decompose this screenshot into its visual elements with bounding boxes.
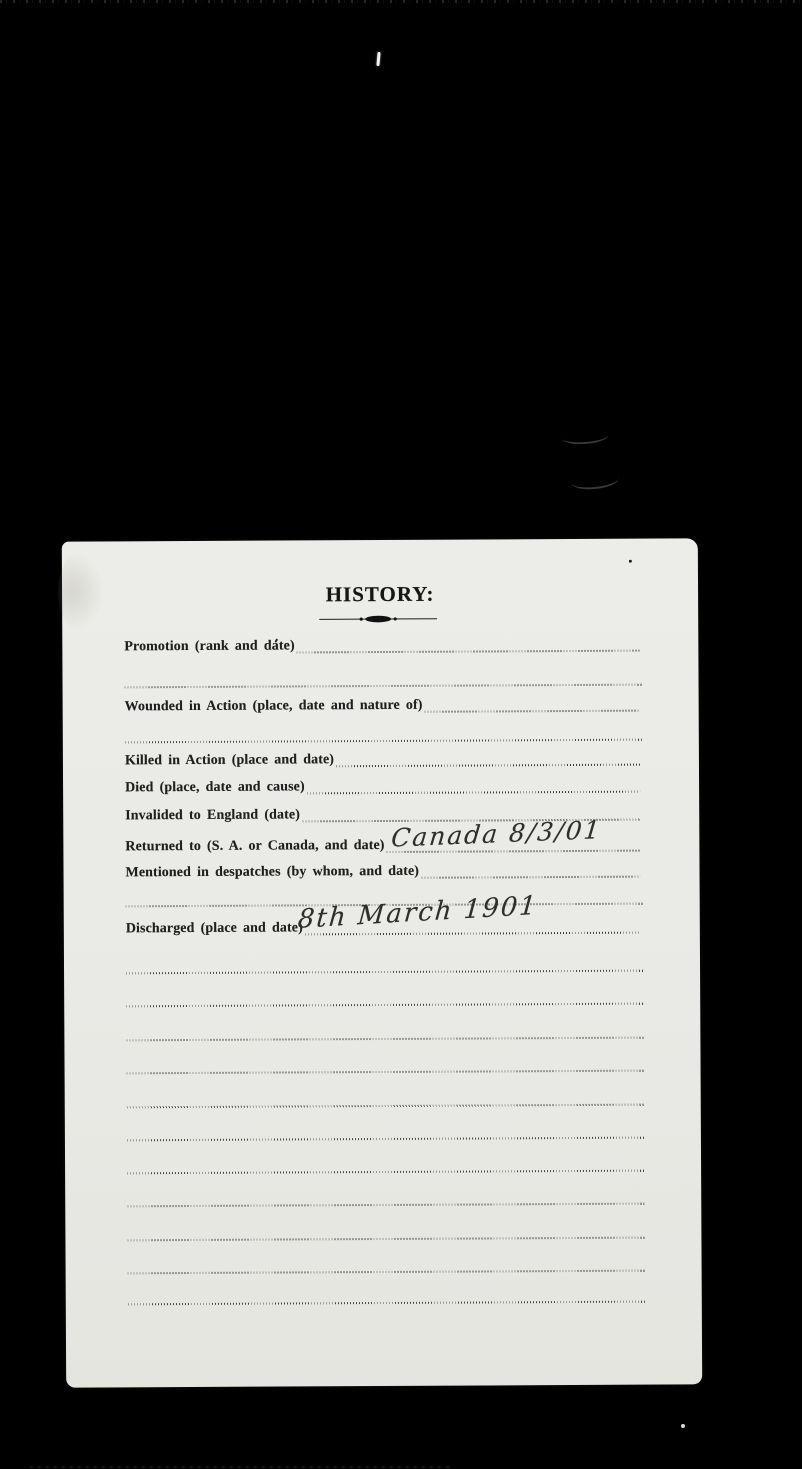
field-row-killed: Killed in Action (place and date) bbox=[125, 749, 640, 772]
field-label: Invalided to England (date) bbox=[125, 805, 300, 826]
ruled-line bbox=[127, 1203, 644, 1208]
ruled-line bbox=[127, 1237, 644, 1242]
field-label: Promotion (rank and date) bbox=[124, 636, 294, 657]
field-label: Discharged (place and date) bbox=[126, 918, 303, 939]
ruled-line bbox=[128, 1301, 645, 1306]
ruled-line bbox=[128, 1270, 645, 1275]
ruled-line bbox=[125, 684, 642, 689]
dotted-leader bbox=[425, 710, 640, 713]
scan-white-streak-artifact bbox=[376, 52, 380, 66]
field-row-promotion: Promotion (rank and date) bbox=[124, 635, 639, 658]
dotted-leader bbox=[421, 876, 641, 879]
field-label: Wounded in Action (place, date and natur… bbox=[125, 696, 423, 718]
ruled-line bbox=[127, 1170, 644, 1175]
ruled-line bbox=[126, 1003, 643, 1008]
dotted-leader bbox=[305, 932, 641, 936]
field-label: Mentioned in despatches (by whom, and da… bbox=[125, 862, 419, 884]
ruled-line bbox=[127, 1070, 644, 1075]
decorative-divider bbox=[319, 612, 437, 625]
field-label: Killed in Action (place and date) bbox=[125, 750, 334, 771]
scan-scratch-artifact bbox=[570, 470, 620, 492]
ruled-line bbox=[126, 1037, 643, 1042]
ruled-line bbox=[127, 1137, 644, 1142]
scanned-document-viewport: { "scan": { "background_color": "#000000… bbox=[0, 0, 802, 1469]
field-row-wounded: Wounded in Action (place, date and natur… bbox=[125, 695, 640, 718]
dotted-leader bbox=[297, 650, 640, 654]
page-title: HISTORY: bbox=[62, 580, 698, 608]
ruled-line bbox=[127, 1104, 644, 1109]
ruled-line bbox=[126, 970, 643, 975]
document-page: HISTORY: Promotion (rank and date) Wound… bbox=[62, 538, 702, 1387]
field-label: Returned to (S. A. or Canada, and date) bbox=[125, 836, 384, 857]
field-row-died: Died (place, date and cause) bbox=[125, 776, 640, 799]
scan-scratch-artifact bbox=[562, 428, 609, 445]
dotted-leader bbox=[307, 791, 640, 795]
ink-speck bbox=[629, 560, 632, 563]
scan-edge-noise-bottom bbox=[30, 1466, 450, 1468]
scan-dust-speck bbox=[681, 1424, 685, 1428]
ruled-line bbox=[125, 739, 642, 744]
scan-edge-noise-top bbox=[0, 0, 802, 3]
field-row-mentioned: Mentioned in despatches (by whom, and da… bbox=[125, 861, 640, 884]
field-label: Died (place, date and cause) bbox=[125, 777, 305, 798]
dotted-leader bbox=[336, 764, 640, 768]
